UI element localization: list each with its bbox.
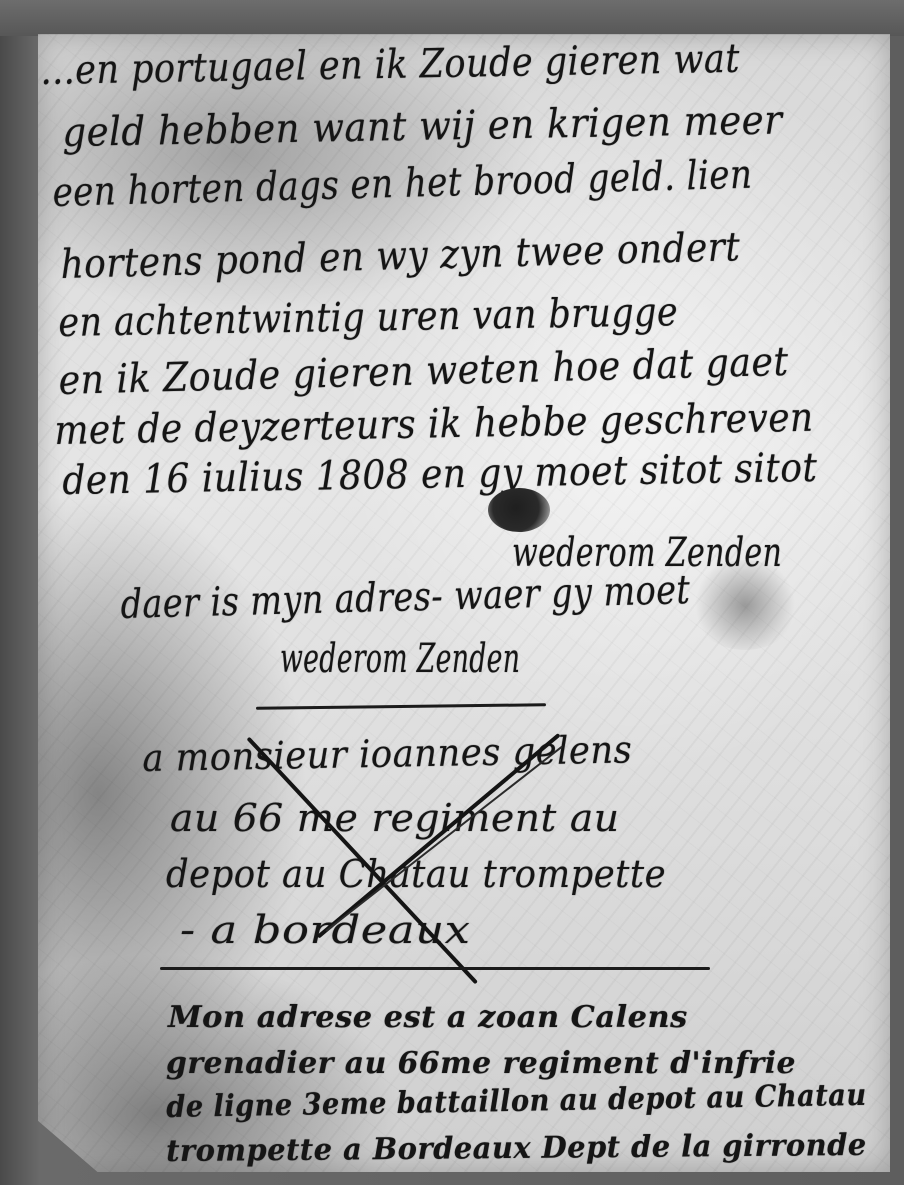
paper-stain bbox=[690, 560, 800, 650]
ink-blot bbox=[488, 488, 550, 532]
corrected-address-line-2: grenadier au 66me regiment d'infrie bbox=[166, 1046, 796, 1081]
divider-lower bbox=[160, 967, 710, 970]
corrected-address-line-1: Mon adrese est a zoan Calens bbox=[168, 1000, 688, 1035]
scan-top-edge bbox=[0, 0, 904, 36]
fold-line bbox=[38, 34, 890, 35]
crossed-address-line-2: au 66 me regiment au bbox=[170, 796, 620, 840]
corrected-address-line-4: trompette a Bordeaux Dept de la girronde bbox=[166, 1128, 867, 1169]
address-note-line-2: wederom Zenden bbox=[280, 636, 520, 682]
